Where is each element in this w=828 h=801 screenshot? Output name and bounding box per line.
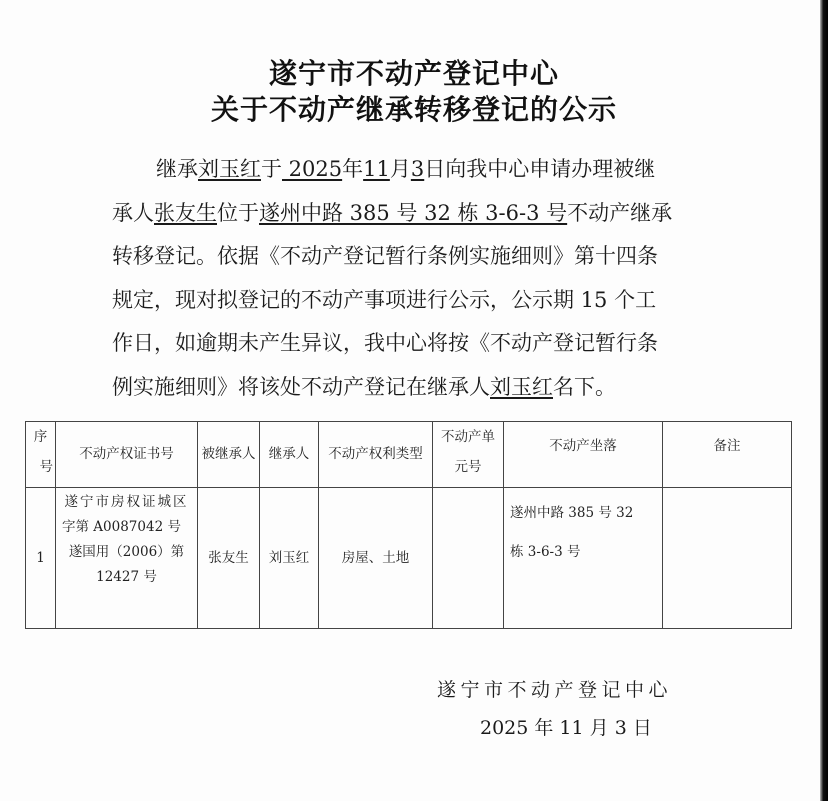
property-address: 遂州中路 385 号 32 栋 3-6-3 号 — [259, 201, 567, 225]
text: 位于 — [217, 201, 259, 225]
body-line-4: 规定，现对拟登记的不动产事项进行公示，公示期 15 个工 — [112, 279, 712, 323]
cell-decedent: 张友生 — [198, 488, 260, 629]
text: 月 — [390, 157, 411, 181]
text: 不动产继承 — [567, 201, 672, 225]
header-remarks: 备注 — [663, 422, 792, 488]
cell-seq: 1 — [26, 488, 56, 629]
text: 号 — [26, 452, 55, 482]
text: 继承 — [156, 157, 198, 181]
text: 序 — [26, 422, 55, 452]
text: 名下。 — [553, 375, 616, 399]
text: 12427 号 — [56, 565, 197, 590]
application-day: 3 — [411, 157, 424, 181]
text: 日向我中心申请办理被继 — [424, 157, 655, 181]
text: 元号 — [433, 452, 503, 482]
table-header-row: 序号 不动产权证书号 被继承人 继承人 不动产权利类型 不动产单元号 不动产坐落… — [26, 422, 792, 488]
table-row: 1 遂宁市房权证城区 字第 A0087042 号 遂国用（2006）第 1242… — [26, 488, 792, 629]
text: 年 — [342, 157, 363, 181]
body-line-2: 承人张友生位于遂州中路 385 号 32 栋 3-6-3 号不动产继承 — [112, 192, 712, 236]
text: 承人 — [112, 201, 154, 225]
body-line-3: 转移登记。依据《不动产登记暂行条例实施细则》第十四条 — [112, 235, 712, 279]
application-year: 2025 — [282, 157, 342, 181]
heir-name: 刘玉红 — [198, 157, 261, 181]
body-line-5: 作日，如逾期未产生异议，我中心将按《不动产登记暂行条 — [112, 322, 712, 366]
signature-date: 2025 年 11 月 3 日 — [480, 713, 652, 740]
property-table: 序号 不动产权证书号 被继承人 继承人 不动产权利类型 不动产单元号 不动产坐落… — [25, 421, 792, 629]
text: 于 — [261, 157, 282, 181]
body-line-1: 继承刘玉红于 2025年11月3日向我中心申请办理被继 — [112, 148, 712, 192]
header-heir: 继承人 — [260, 422, 319, 488]
text: 例实施细则》将该处不动产登记在继承人 — [112, 375, 490, 399]
text: 字第 A0087042 号 — [56, 515, 197, 540]
header-right-type: 不动产权利类型 — [319, 422, 433, 488]
header-seq: 序号 — [26, 422, 56, 488]
header-location: 不动产坐落 — [504, 422, 663, 488]
signature-org: 遂宁市不动产登记中心 — [437, 675, 672, 702]
text: 不动产单 — [433, 422, 503, 452]
cell-cert-no: 遂宁市房权证城区 字第 A0087042 号 遂国用（2006）第 12427 … — [56, 488, 198, 629]
application-month: 11 — [363, 157, 390, 181]
text: 遂宁市房权证城区 — [56, 490, 197, 515]
text: 遂州中路 385 号 32 — [510, 494, 658, 533]
text: 遂国用（2006）第 — [56, 540, 197, 565]
notice-body: 继承刘玉红于 2025年11月3日向我中心申请办理被继 承人张友生位于遂州中路 … — [112, 148, 712, 409]
cell-right-type: 房屋、土地 — [319, 488, 433, 629]
heir-name: 刘玉红 — [490, 375, 553, 399]
document-title-org: 遂宁市不动产登记中心 — [0, 52, 828, 92]
document-title-subject: 关于不动产继承转移登记的公示 — [0, 88, 828, 128]
decedent-name: 张友生 — [154, 201, 217, 225]
header-decedent: 被继承人 — [198, 422, 260, 488]
header-unit-no: 不动产单元号 — [433, 422, 504, 488]
text: 栋 3-6-3 号 — [510, 533, 658, 572]
cell-heir: 刘玉红 — [260, 488, 319, 629]
header-cert-no: 不动产权证书号 — [56, 422, 198, 488]
cell-remarks — [663, 488, 792, 629]
body-line-6: 例实施细则》将该处不动产登记在继承人刘玉红名下。 — [112, 366, 712, 410]
cell-unit-no — [433, 488, 504, 629]
cell-location: 遂州中路 385 号 32 栋 3-6-3 号 — [504, 488, 663, 629]
